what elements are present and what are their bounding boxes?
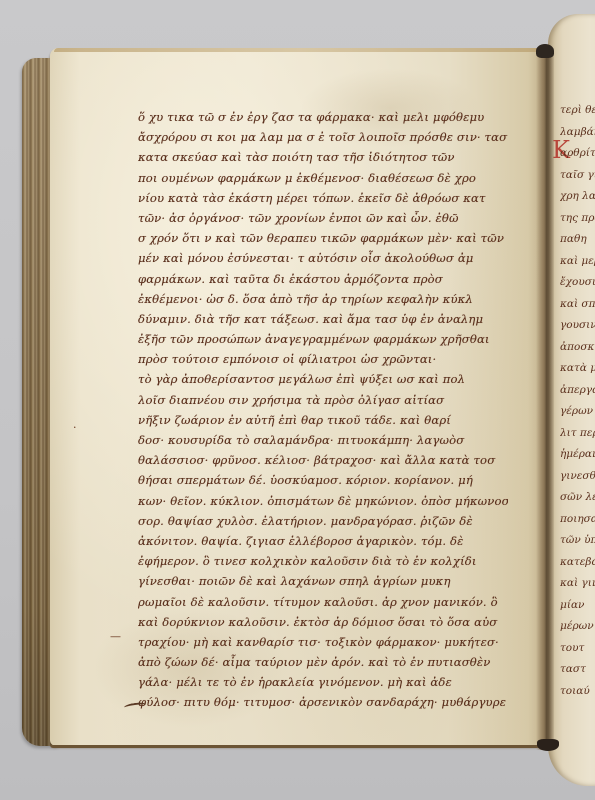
recto-text-line: κατεβάλ xyxy=(560,552,595,574)
text-line: ὅ χυ τικα τῶ σ ἐν ἐργ ζασ τα φάρμακα· κα… xyxy=(138,107,508,127)
text-line: λοῖσ διαπνέου σιν χρήσιμα τὰ πρὸσ ὀλίγασ… xyxy=(138,390,508,410)
recto-text-line: ἀποσκ xyxy=(560,337,595,359)
text-line: μέν καὶ μόνου ἐσύνεσται· τ αὐτόσιν οἷσ ἀ… xyxy=(138,248,508,268)
recto-text-line: γέρων xyxy=(560,401,595,423)
recto-text-line: ἀπεργάσ xyxy=(560,380,595,402)
recto-text-line: τῶν ὑπο xyxy=(560,530,595,552)
recto-text-line: ταῖσ γυν xyxy=(560,165,595,187)
binding-gutter xyxy=(536,50,554,750)
margin-dot: · xyxy=(73,421,77,434)
text-line: θήσαι σπερμάτων δέ. ὑοσκύαμοσ. κόριον. κ… xyxy=(138,470,508,490)
recto-text-line: λαμβάνων xyxy=(560,122,595,144)
recto-text-line: χρη λαμβ xyxy=(560,186,595,208)
recto-text-line: σῶν λε xyxy=(560,487,595,509)
recto-text-line: γουσινα xyxy=(560,315,595,337)
text-line: δοσ· κουσυρίδα τὸ σαλαμάνδρα· πιτυοκάμπη… xyxy=(138,430,508,450)
text-line: ἀπὸ ζώων δέ· αἷμα ταύριον μὲν ἀρόν. καὶ … xyxy=(138,652,508,672)
text-line: ἐφήμερον. ὃ τινεσ κολχικὸν καλοῦσιν διὰ … xyxy=(138,551,508,571)
main-text-block: ὅ χυ τικα τῶ σ ἐν ἐργ ζασ τα φάρμακα· κα… xyxy=(138,107,508,713)
recto-text-line: ἔχουσι xyxy=(560,272,595,294)
recto-text-line: ταστ xyxy=(560,659,595,681)
verso-page: ὅ χυ τικα τῶ σ ἐν ἐργ ζασ τα φάρμακα· κα… xyxy=(50,48,548,746)
text-line: ποι ουμένων φαρμάκων μ ἐκθέμενοσ· διαθέσ… xyxy=(138,168,508,188)
recto-text-line: καὶ μερι xyxy=(560,251,595,273)
text-line: καὶ δορύκνιον καλοῦσιν. ἐκτὸσ ἀρ δόμιοσ … xyxy=(138,612,508,632)
recto-text-line: καὶ σπερ xyxy=(560,294,595,316)
recto-text-line: κατὰ μ xyxy=(560,358,595,380)
text-line: κων· θεῖον. κύκλιον. ὀπισμάτων δὲ μηκώνι… xyxy=(138,491,508,511)
text-line: τὸ γὰρ ἀποθερίσαντοσ μεγάλωσ ἐπὶ ψύξει ω… xyxy=(138,369,508,389)
text-line: νῆξιν ζωάριον ἐν αὐτῆ ἐπὶ θαρ τικοῦ τάδε… xyxy=(138,410,508,430)
recto-text-line: μέρων xyxy=(560,616,595,638)
tailband xyxy=(537,739,559,751)
recto-text-line: μίαν xyxy=(560,595,595,617)
text-line: φαρμάκων. καὶ ταῦτα δι ἐκάστου ἁρμόζοντα… xyxy=(138,269,508,289)
recto-text-line: λιτ περ xyxy=(560,423,595,445)
text-line: σορ. θαψίασ χυλὸσ. ἐλατήριον. μανδραγόρα… xyxy=(138,511,508,531)
text-line: ἀκόνιτον. θαψία. ζιγιασ ἑλλέβοροσ ἀγαρικ… xyxy=(138,531,508,551)
text-line: ἐκθέμενοι· ὡσ δ. ὅσα ἀπὸ τῆσ ἀρ τηρίων κ… xyxy=(138,289,508,309)
recto-text-line: αρθρίτι xyxy=(560,143,595,165)
text-line: φύλοσ· πιτυ θόμ· τιτυμοσ· ἀρσενικὸν σανδ… xyxy=(138,692,508,712)
recto-text-line: ἡμέραν xyxy=(560,444,595,466)
recto-text-line: τοιαύ xyxy=(560,681,595,703)
margin-dash: — xyxy=(110,630,121,643)
text-line: τραχίου· μὴ καὶ κανθαρίσ τισ· τοξικὸν φά… xyxy=(138,632,508,652)
headband xyxy=(536,44,554,58)
recto-text-line: τουτ xyxy=(560,638,595,660)
recto-text-line: καὶ γινό xyxy=(560,573,595,595)
recto-text-line: της πρὸσ xyxy=(560,208,595,230)
text-line: σ χρόν ὅτι ν καὶ τῶν θεραπευ τικῶν φαρμά… xyxy=(138,228,508,248)
text-line: γίνεσθαι· ποιῶν δὲ καὶ λαχάνων σπηλ ἀγρί… xyxy=(138,571,508,591)
recto-text-line: γινεσθαι xyxy=(560,466,595,488)
text-line: ρωμαῖοι δὲ καλοῦσιν. τίτυμον καλοῦσι. ἀρ… xyxy=(138,592,508,612)
manuscript-photo: Κ τερὶ θερμλαμβάνωναρθρίτιταῖσ γυνχρη λα… xyxy=(0,0,595,800)
text-line: δύναμιν. διὰ τῆσ κατ τάξεωσ. καὶ ἅμα τασ… xyxy=(138,309,508,329)
text-line: γάλα· μέλι τε τὸ ἐν ἡρακλεία γινόμενον. … xyxy=(138,672,508,692)
recto-text-line: ποιησαμ xyxy=(560,509,595,531)
text-line: θαλάσσιοσ· φρῦνοσ. κέλιοσ· βάτραχοσ· καὶ… xyxy=(138,450,508,470)
recto-text-line: τερὶ θερμ xyxy=(560,100,595,122)
recto-text-line: παθη xyxy=(560,229,595,251)
text-line: νίου κατὰ τὰσ ἐκάστη μέρει τόπων. ἐκεῖσ … xyxy=(138,188,508,208)
recto-text-block: τερὶ θερμλαμβάνωναρθρίτιταῖσ γυνχρη λαμβ… xyxy=(560,100,595,702)
text-line: κατα σκεύασ καὶ τὰσ ποιότη τασ τῆσ ἰδιότ… xyxy=(138,147,508,167)
text-line: ἐξῆσ τῶν προσώπων ἀναγεγραμμένων φαρμάκω… xyxy=(138,329,508,349)
text-line: τῶν· ἀσ ὀργάνοσ· τῶν χρονίων ἐνποι ῶν κα… xyxy=(138,208,508,228)
text-line: ἄσχρόρου σι κοι μα λαμ μα σ ἐ τοῖσ λοιπο… xyxy=(138,127,508,147)
text-line: πρὸσ τούτοισ εμπόνοισ οἱ φίλιατροι ὡσ χρ… xyxy=(138,349,508,369)
